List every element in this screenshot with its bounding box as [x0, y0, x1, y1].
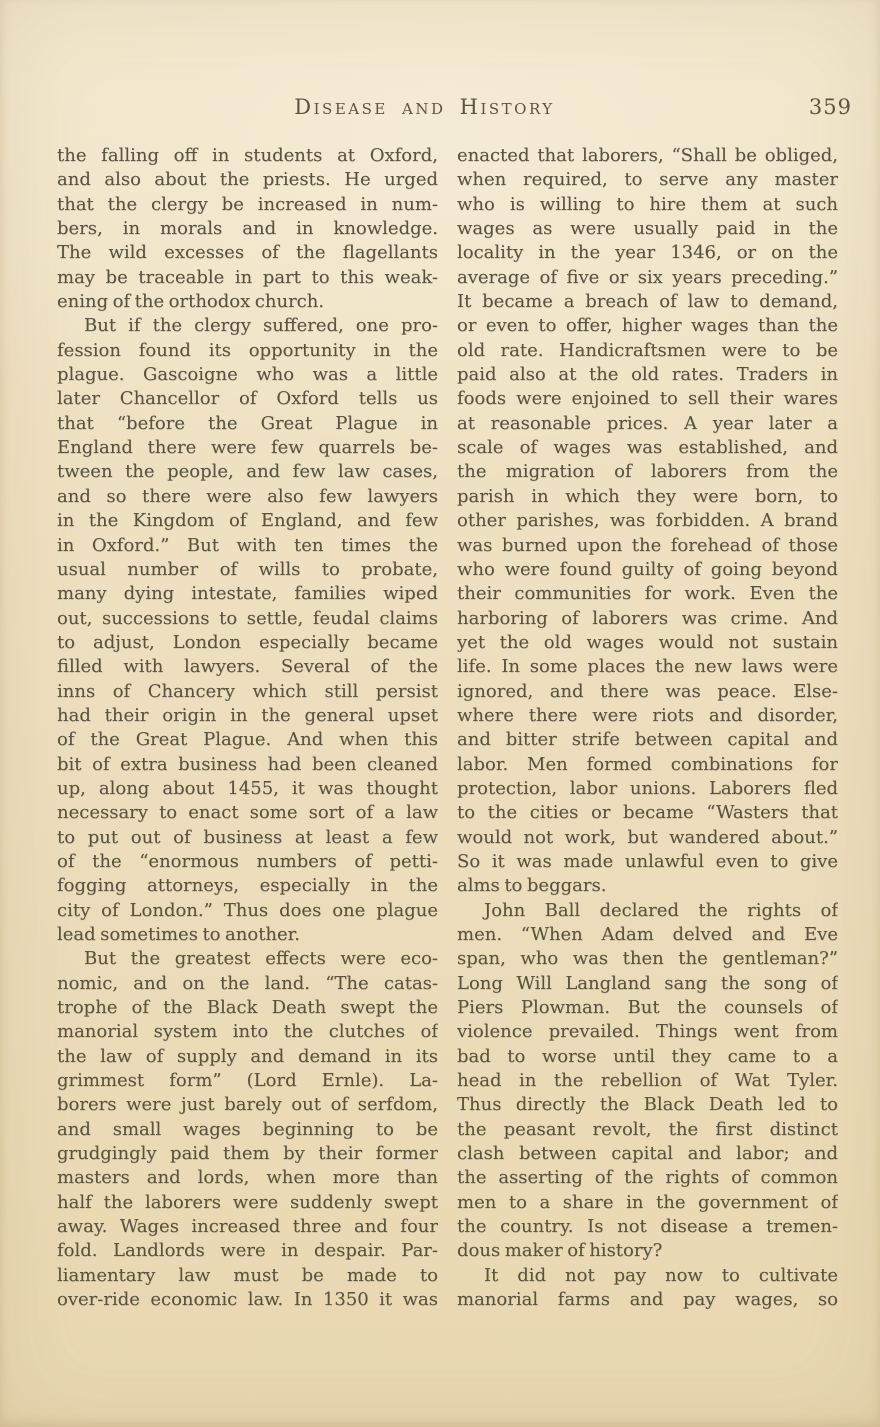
text-line: tween the people, and few law cases, — [57, 460, 438, 484]
text-line: and so there were also few lawyers — [57, 485, 438, 509]
text-line: may be traceable in part to this weak- — [57, 266, 438, 290]
text-line: their communities for work. Even the — [457, 582, 838, 606]
running-head: Disease and History 359 — [57, 95, 852, 125]
text-line: span, who was then the gentleman?” — [457, 947, 838, 971]
text-line: fession found its opportunity in the — [57, 339, 438, 363]
text-line: in the Kingdom of England, and few — [57, 509, 438, 533]
text-line: plague. Gascoigne who was a little — [57, 363, 438, 387]
text-line: half the laborers were suddenly swept — [57, 1191, 438, 1215]
text-line: life. In some places the new laws were — [457, 655, 838, 679]
text-line: of the Great Plague. And when this — [57, 728, 438, 752]
text-line: fold. Landlords were in despair. Par- — [57, 1239, 438, 1263]
text-line: bit of extra business had been cleaned — [57, 753, 438, 777]
text-line: grimmest form” (Lord Ernle). La- — [57, 1069, 438, 1093]
text-line: masters and lords, when more than — [57, 1166, 438, 1190]
text-line: wages as were usually paid in the — [457, 217, 838, 241]
left-column: the falling off in students at Oxford,an… — [57, 144, 438, 1313]
text-line: liamentary law must be made to — [57, 1264, 438, 1288]
text-line: scale of wages was established, and — [457, 436, 838, 460]
text-line: filled with lawyers. Several of the — [57, 655, 438, 679]
text-line: Thus directly the Black Death led to — [457, 1093, 838, 1117]
text-line: to put out of business at least a few — [57, 826, 438, 850]
text-line: and also about the priests. He urged — [57, 168, 438, 192]
text-line: usual number of wills to probate, — [57, 558, 438, 582]
right-column: enacted that laborers, “Shall be obliged… — [457, 144, 838, 1313]
text-line: the peasant revolt, the first distinct — [457, 1118, 838, 1142]
text-line: So it was made unlawful even to give — [457, 850, 838, 874]
text-line: had their origin in the general upset — [57, 704, 438, 728]
text-line: the migration of laborers from the — [457, 460, 838, 484]
text-line: paid also at the old rates. Traders in — [457, 363, 838, 387]
page-title: Disease and History — [57, 95, 792, 119]
text-line: was burned upon the forehead of those — [457, 534, 838, 558]
text-line: men to a share in the government of — [457, 1191, 838, 1215]
text-line: the asserting of the rights of common — [457, 1166, 838, 1190]
text-line: and bitter strife between capital and — [457, 728, 838, 752]
text-line: average of five or six years preceding.” — [457, 266, 838, 290]
text-columns: the falling off in students at Oxford,an… — [57, 144, 838, 1313]
text-line: But the greatest effects were eco- — [57, 947, 438, 971]
text-line: trophe of the Black Death swept the — [57, 996, 438, 1020]
text-line: yet the old wages would not sustain — [457, 631, 838, 655]
text-line: ening of the orthodox church. — [57, 290, 438, 314]
text-line: many dying intestate, families wiped — [57, 582, 438, 606]
text-line: would not work, but wandered about.” — [457, 826, 838, 850]
text-line: the country. Is not disease a tremen- — [457, 1215, 838, 1239]
text-line: bers, in morals and in knowledge. — [57, 217, 438, 241]
text-line: harboring of laborers was crime. And — [457, 607, 838, 631]
text-line: dous maker of history? — [457, 1239, 838, 1263]
text-line: away. Wages increased three and four — [57, 1215, 438, 1239]
text-line: alms to beggars. — [457, 874, 838, 898]
text-line: parish in which they were born, to — [457, 485, 838, 509]
text-line: labor. Men formed combinations for — [457, 753, 838, 777]
text-line: manorial system into the clutches of — [57, 1020, 438, 1044]
text-line: locality in the year 1346, or on the — [457, 241, 838, 265]
text-line: out, successions to settle, feudal claim… — [57, 607, 438, 631]
text-line: grudgingly paid them by their former — [57, 1142, 438, 1166]
text-line: But if the clergy suffered, one pro- — [57, 314, 438, 338]
text-line: that the clergy be increased in num- — [57, 193, 438, 217]
text-line: foods were enjoined to sell their wares — [457, 387, 838, 411]
text-line: John Ball declared the rights of — [457, 899, 838, 923]
text-line: necessary to enact some sort of a law — [57, 801, 438, 825]
text-line: bad to worse until they came to a — [457, 1045, 838, 1069]
text-line: the law of supply and demand in its — [57, 1045, 438, 1069]
text-line: lead sometimes to another. — [57, 923, 438, 947]
text-line: ignored, and there was peace. Else- — [457, 680, 838, 704]
text-line: The wild excesses of the flagellants — [57, 241, 438, 265]
text-line: men. “When Adam delved and Eve — [457, 923, 838, 947]
text-line: other parishes, was forbidden. A brand — [457, 509, 838, 533]
text-line: the falling off in students at Oxford, — [57, 144, 438, 168]
text-line: It did not pay now to cultivate — [457, 1264, 838, 1288]
text-line: over-ride economic law. In 1350 it was — [57, 1288, 438, 1312]
text-line: manorial farms and pay wages, so — [457, 1288, 838, 1312]
text-line: later Chancellor of Oxford tells us — [57, 387, 438, 411]
text-line: to adjust, London especially became — [57, 631, 438, 655]
text-line: protection, labor unions. Laborers fled — [457, 777, 838, 801]
book-page: Disease and History 359 the falling off … — [0, 0, 880, 1427]
text-line: of the “enormous numbers of petti- — [57, 850, 438, 874]
text-line: in Oxford.” But with ten times the — [57, 534, 438, 558]
text-line: city of London.” Thus does one plague — [57, 899, 438, 923]
text-line: at reasonable prices. A year later a — [457, 412, 838, 436]
text-line: fogging attorneys, especially in the — [57, 874, 438, 898]
text-line: Long Will Langland sang the song of — [457, 972, 838, 996]
text-line: nomic, and on the land. “The catas- — [57, 972, 438, 996]
text-line: up, along about 1455, it was thought — [57, 777, 438, 801]
text-line: Piers Plowman. But the counsels of — [457, 996, 838, 1020]
text-line: to the cities or became “Wasters that — [457, 801, 838, 825]
text-line: old rate. Handicraftsmen were to be — [457, 339, 838, 363]
text-line: It became a breach of law to demand, — [457, 290, 838, 314]
text-line: borers were just barely out of serfdom, — [57, 1093, 438, 1117]
text-line: clash between capital and labor; and — [457, 1142, 838, 1166]
text-line: violence prevailed. Things went from — [457, 1020, 838, 1044]
text-line: enacted that laborers, “Shall be obliged… — [457, 144, 838, 168]
text-line: and small wages beginning to be — [57, 1118, 438, 1142]
text-line: who is willing to hire them at such — [457, 193, 838, 217]
page-number: 359 — [809, 95, 852, 119]
text-line: head in the rebellion of Wat Tyler. — [457, 1069, 838, 1093]
text-line: England there were few quarrels be- — [57, 436, 438, 460]
text-line: when required, to serve any master — [457, 168, 838, 192]
text-line: where there were riots and disorder, — [457, 704, 838, 728]
text-line: who were found guilty of going beyond — [457, 558, 838, 582]
text-line: inns of Chancery which still persist — [57, 680, 438, 704]
text-line: or even to offer, higher wages than the — [457, 314, 838, 338]
text-line: that “before the Great Plague in — [57, 412, 438, 436]
